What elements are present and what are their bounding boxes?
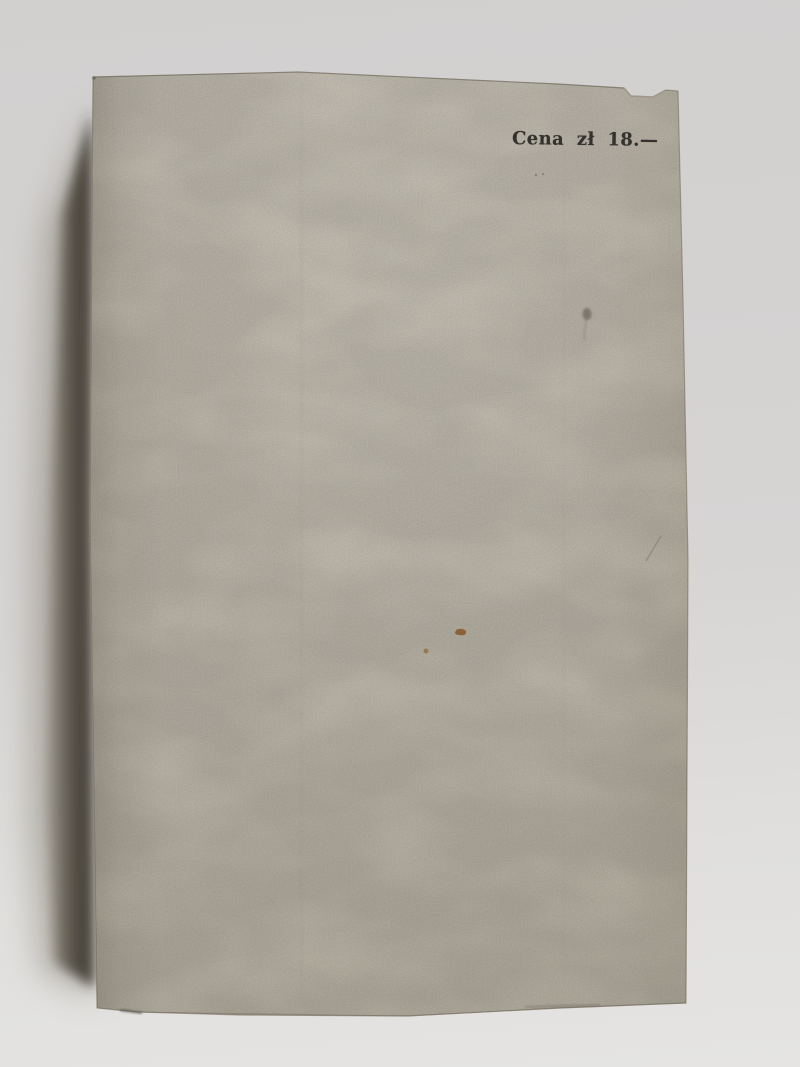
faint-ink-dot: [535, 174, 537, 176]
paper-striation: [300, 85, 303, 1005]
book-photo-illustration: [0, 0, 800, 1067]
book-back-cover: [90, 72, 688, 1016]
book-cast-shadow: [28, 100, 97, 998]
corner-wear-mark: [92, 76, 96, 80]
photo-scene: Cena zł 18.—: [0, 0, 800, 1067]
paper-striation: [563, 120, 565, 980]
faint-ink-dot: [542, 173, 544, 175]
rust-stain-small: [424, 649, 429, 654]
ink-smudge-mark: [583, 308, 592, 320]
price-text: Cena zł 18.—: [512, 128, 659, 151]
